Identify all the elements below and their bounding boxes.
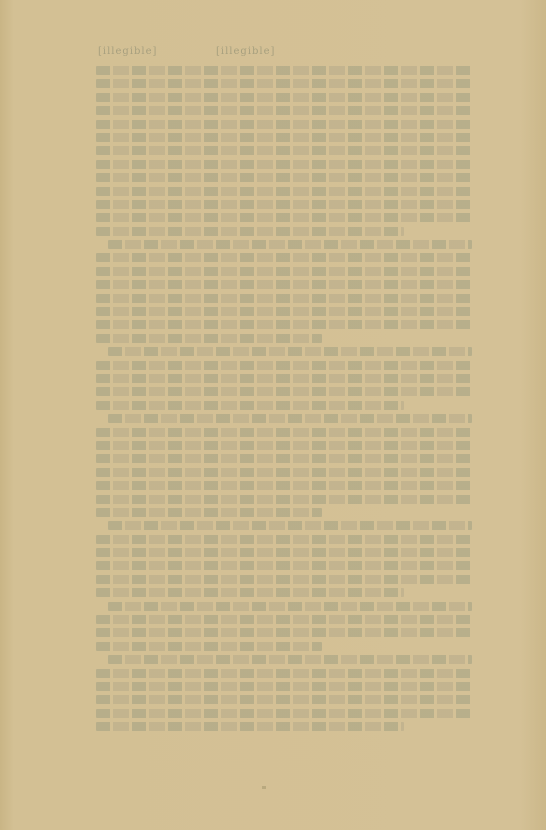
text-line: [illegible] <box>96 213 472 222</box>
text-line: [illegible] <box>96 468 472 477</box>
text-line: [illegible] <box>96 146 472 155</box>
bottom-mark <box>262 786 266 789</box>
text-line: [illegible] <box>96 401 404 410</box>
text-line: [illegible] <box>96 695 472 704</box>
text-line: [illegible] <box>96 642 322 651</box>
text-line: [illegible] <box>96 454 472 463</box>
page-header: [illegible] [illegible] <box>98 46 468 60</box>
paragraph: [illegible][illegible][illegible][illegi… <box>96 414 472 517</box>
paragraph: [illegible][illegible][illegible][illegi… <box>96 521 472 597</box>
text-line: [illegible] <box>96 361 472 370</box>
text-line: [illegible] <box>108 521 472 530</box>
text-line: [illegible] <box>108 347 472 356</box>
text-line: [illegible] <box>96 79 472 88</box>
text-line: [illegible] <box>96 93 472 102</box>
text-line: [illegible] <box>108 602 472 611</box>
paragraph: [illegible][illegible][illegible][illegi… <box>96 655 472 731</box>
body-text: [illegible][illegible][illegible][illegi… <box>96 66 472 736</box>
paragraph: [illegible][illegible][illegible][illegi… <box>96 240 472 343</box>
text-line: [illegible] <box>96 187 472 196</box>
text-line: [illegible] <box>96 253 472 262</box>
text-line: [illegible] <box>96 441 472 450</box>
text-line: [illegible] <box>96 709 472 718</box>
text-line: [illegible] <box>96 628 472 637</box>
text-line: [illegible] <box>96 66 472 75</box>
text-line: [illegible] <box>96 160 472 169</box>
running-title: [illegible] <box>216 46 275 57</box>
text-line: [illegible] <box>96 106 472 115</box>
text-line: [illegible] <box>96 334 322 343</box>
text-line: [illegible] <box>96 120 472 129</box>
text-line: [illegible] <box>108 655 472 664</box>
text-line: [illegible] <box>96 387 472 396</box>
paragraph: [illegible][illegible][illegible][illegi… <box>96 602 472 651</box>
text-line: [illegible] <box>96 682 472 691</box>
text-line: [illegible] <box>108 414 472 423</box>
text-line: [illegible] <box>96 508 322 517</box>
text-line: [illegible] <box>96 575 472 584</box>
text-line: [illegible] <box>96 307 472 316</box>
text-line: [illegible] <box>96 200 472 209</box>
text-line: [illegible] <box>96 588 404 597</box>
text-line: [illegible] <box>96 374 472 383</box>
text-line: [illegible] <box>96 320 472 329</box>
text-line: [illegible] <box>96 133 472 142</box>
text-line: [illegible] <box>96 535 472 544</box>
text-line: [illegible] <box>96 267 472 276</box>
page-number: [illegible] <box>98 46 157 57</box>
text-line: [illegible] <box>96 294 472 303</box>
text-line: [illegible] <box>96 615 472 624</box>
text-line: [illegible] <box>96 495 472 504</box>
text-line: [illegible] <box>96 173 472 182</box>
text-line: [illegible] <box>96 548 472 557</box>
text-line: [illegible] <box>96 669 472 678</box>
text-line: [illegible] <box>96 227 404 236</box>
book-page: [illegible] [illegible] [illegible][ille… <box>0 0 546 830</box>
text-line: [illegible] <box>96 481 472 490</box>
text-line: [illegible] <box>96 280 472 289</box>
text-line: [illegible] <box>108 240 472 249</box>
paragraph: [illegible][illegible][illegible][illegi… <box>96 347 472 410</box>
text-line: [illegible] <box>96 428 472 437</box>
text-line: [illegible] <box>96 561 472 570</box>
paragraph: [illegible][illegible][illegible][illegi… <box>96 66 472 236</box>
text-line: [illegible] <box>96 722 404 731</box>
